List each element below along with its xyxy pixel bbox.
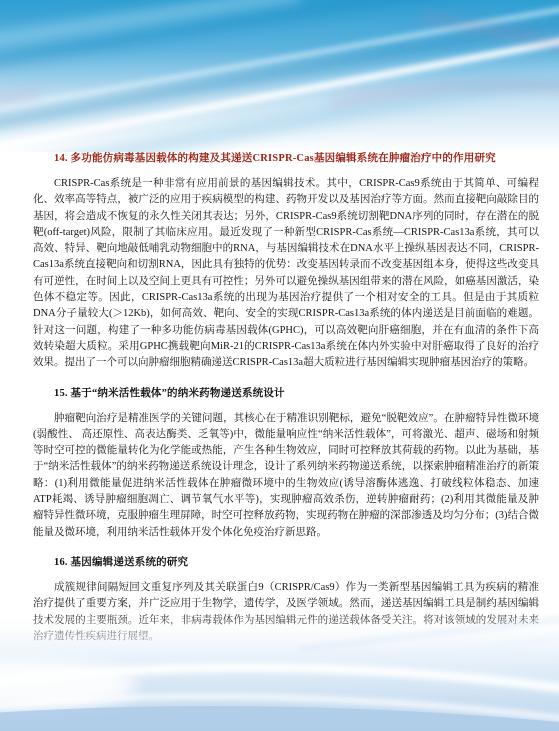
section-14-heading: 14. 多功能仿病毒基因载体的构建及其递送CRISPR-Cas基因编辑系统在肿瘤… <box>33 151 539 167</box>
section-14: 14. 多功能仿病毒基因载体的构建及其递送CRISPR-Cas基因编辑系统在肿瘤… <box>33 151 539 372</box>
section-15: 15. 基于“纳米活性载体”的纳米药物递送系统设计 肿瘤靶向治疗是精准医学的关键… <box>33 386 539 541</box>
section-15-heading: 15. 基于“纳米活性载体”的纳米药物递送系统设计 <box>33 386 539 402</box>
document-content: 14. 多功能仿病毒基因载体的构建及其递送CRISPR-Cas基因编辑系统在肿瘤… <box>33 151 539 659</box>
footer-wave-art <box>0 611 559 731</box>
header-wave-art <box>0 0 559 152</box>
section-16-heading: 16. 基因编辑递送系统的研究 <box>33 555 539 571</box>
section-15-paragraph: 肿瘤靶向治疗是精准医学的关键问题，其核心在于精准识别靶标，避免“脱靶效应”。在肿… <box>33 411 539 541</box>
section-14-paragraph: CRISPR-Cas系统是一种非常有应用前景的基因编辑技术。其中，CRISPR-… <box>33 176 539 372</box>
document-page: 14. 多功能仿病毒基因载体的构建及其递送CRISPR-Cas基因编辑系统在肿瘤… <box>0 0 559 731</box>
